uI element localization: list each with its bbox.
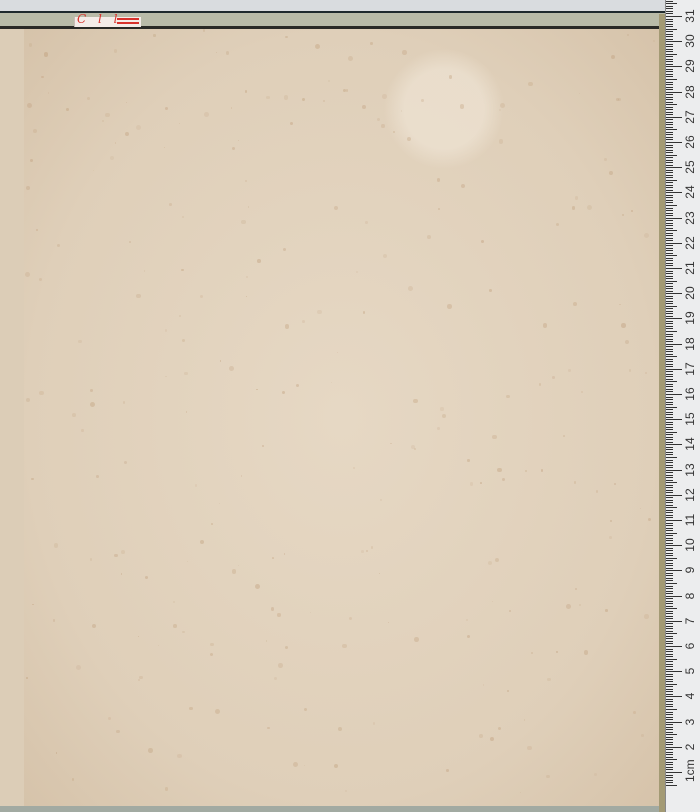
- ruler-tick: [666, 286, 673, 287]
- foxing-spot: [278, 663, 283, 668]
- ruler-tick: [666, 460, 673, 461]
- foxing-spot: [547, 678, 550, 681]
- ruler-tick: [666, 374, 673, 375]
- foxing-spot: [449, 75, 453, 79]
- foxing-spot: [90, 389, 93, 392]
- ruler-tick: [666, 134, 673, 135]
- foxing-spot: [370, 42, 373, 45]
- ruler-tick: [666, 502, 673, 503]
- ruler-tick: [666, 757, 673, 758]
- foxing-spot: [210, 653, 213, 656]
- foxing-spot: [182, 216, 184, 218]
- foxing-spot: [158, 645, 159, 646]
- ruler-tick: [666, 747, 682, 748]
- ruler-tick: [666, 1, 673, 2]
- ruler-tick: [666, 185, 673, 186]
- foxing-spot: [614, 483, 616, 485]
- foxing-spot: [575, 588, 578, 591]
- foxing-spot: [271, 607, 275, 611]
- ruler-tick: [666, 555, 673, 556]
- ruler-tick: [666, 447, 673, 448]
- foxing-spot: [381, 124, 384, 127]
- ruler-tick: [666, 228, 673, 229]
- foxing-spot: [543, 323, 547, 327]
- foxing-spot: [210, 643, 214, 647]
- scan-background-bottom: [0, 806, 660, 812]
- ruler-tick: [666, 523, 673, 524]
- ruler-tick: [666, 308, 673, 309]
- foxing-spot: [437, 427, 440, 430]
- ruler-tick: [666, 283, 673, 284]
- ruler-tick: [666, 649, 673, 650]
- ruler-tick: [666, 59, 673, 60]
- ruler-tick: [666, 578, 673, 579]
- foxing-spot: [334, 764, 338, 768]
- foxing-spot: [317, 310, 322, 315]
- ruler-tick: [666, 412, 673, 413]
- foxing-spot: [148, 748, 153, 753]
- foxing-spot: [26, 186, 30, 190]
- ruler-tick: [666, 19, 673, 20]
- foxing-spot: [200, 295, 203, 298]
- ruler-tick: [666, 66, 682, 67]
- foxing-spot: [121, 573, 122, 574]
- ruler-tick: [666, 376, 673, 377]
- ruler-tick: [666, 528, 673, 529]
- ruler-tick: [666, 369, 682, 370]
- ruler-tick: [666, 706, 673, 707]
- foxing-spot: [220, 360, 221, 361]
- ruler-tick: [666, 180, 677, 181]
- ruler-tick: [666, 41, 682, 42]
- foxing-spot: [129, 241, 131, 243]
- foxing-spot: [546, 775, 550, 779]
- ruler-tick: [666, 722, 682, 723]
- foxing-spot: [216, 52, 218, 54]
- ruler-tick: [666, 205, 677, 206]
- foxing-spot: [53, 619, 55, 621]
- foxing-spot: [338, 727, 342, 731]
- foxing-spot: [272, 557, 274, 559]
- ruler-tick: [666, 245, 673, 246]
- foxing-spot: [29, 43, 33, 47]
- ruler-tick: [666, 190, 673, 191]
- foxing-spot: [56, 752, 58, 754]
- ruler-tick: [666, 26, 673, 27]
- foxing-spot: [467, 459, 469, 461]
- foxing-spot: [413, 399, 418, 404]
- ruler-tick: [666, 616, 673, 617]
- foxing-spot: [304, 765, 305, 766]
- foxing-spot: [610, 520, 612, 522]
- ruler-tick: [666, 752, 673, 753]
- foxing-spot: [627, 34, 629, 36]
- foxing-spot: [629, 369, 631, 371]
- ruler-tick: [666, 137, 673, 138]
- ruler-tick: [666, 346, 673, 347]
- ruler-tick: [666, 104, 677, 105]
- foxing-spot: [587, 205, 592, 210]
- ruler-tick: [666, 147, 673, 148]
- ruler-tick: [666, 323, 673, 324]
- ruler-tick: [666, 215, 673, 216]
- ruler-tick: [666, 177, 673, 178]
- ruler-tick: [666, 417, 673, 418]
- foxing-spot: [310, 612, 311, 613]
- ruler-tick: [666, 780, 673, 781]
- ruler-tick: [666, 749, 673, 750]
- foxing-spot: [361, 550, 364, 553]
- ruler-tick: [666, 394, 682, 395]
- ruler-tick: [666, 316, 673, 317]
- facing-page-edge: [0, 29, 26, 806]
- ruler-tick: [666, 684, 677, 685]
- ruler-tick: [666, 248, 673, 249]
- foxing-spot: [36, 229, 38, 231]
- ruler-tick: [666, 586, 673, 587]
- foxing-spot: [575, 196, 579, 200]
- ruler-label: 9: [683, 560, 697, 580]
- foxing-spot: [266, 640, 268, 642]
- ruler-tick: [666, 117, 682, 118]
- foxing-spot: [481, 240, 484, 243]
- ruler-tick: [666, 167, 682, 168]
- ruler-tick: [666, 260, 673, 261]
- ruler-tick: [666, 422, 673, 423]
- foxing-spot: [123, 401, 126, 404]
- ruler-tick: [666, 87, 673, 88]
- ruler-label: 25: [683, 157, 697, 177]
- foxing-spot: [285, 36, 288, 39]
- ruler-tick: [666, 44, 673, 45]
- ruler-tick: [666, 54, 677, 55]
- foxing-spot: [238, 565, 239, 566]
- foxing-spot: [96, 475, 99, 478]
- foxing-spot: [323, 100, 325, 102]
- ruler-tick: [666, 150, 673, 151]
- foxing-spot: [539, 383, 541, 385]
- ruler-tick: [666, 452, 673, 453]
- foxing-spot: [256, 389, 257, 390]
- foxing-spot: [173, 624, 177, 628]
- ruler-tick: [666, 628, 673, 629]
- ruler-tick: [666, 119, 673, 120]
- ruler-tick: [666, 94, 673, 95]
- ruler-tick: [666, 49, 673, 50]
- ruler-tick: [666, 379, 673, 380]
- ruler-tick: [666, 512, 673, 513]
- ruler-label: 15: [683, 409, 697, 429]
- foxing-spot: [466, 619, 469, 622]
- ruler-tick: [666, 208, 673, 209]
- ruler-tick: [666, 638, 673, 639]
- ruler-tick: [666, 543, 673, 544]
- measuring-ruler: 1cm2345678910111213141516171819202122232…: [665, 0, 700, 812]
- foxing-spot: [165, 329, 168, 332]
- foxing-spot: [427, 235, 431, 239]
- ruler-tick: [666, 767, 673, 768]
- ruler-tick: [666, 64, 673, 65]
- ruler-tick: [666, 331, 677, 332]
- ruler-label: 16: [683, 384, 697, 404]
- ruler-tick: [666, 197, 673, 198]
- foxing-spot: [138, 679, 140, 681]
- ruler-tick: [666, 636, 673, 637]
- foxing-spot: [609, 171, 613, 175]
- ruler-label: 22: [683, 233, 697, 253]
- ruler-tick: [666, 759, 677, 760]
- foxing-spot: [645, 372, 647, 374]
- foxing-spot: [401, 110, 403, 112]
- foxing-spot: [356, 271, 358, 273]
- foxing-spot: [41, 76, 43, 78]
- ruler-tick: [666, 31, 673, 32]
- foxing-spot: [380, 499, 382, 501]
- ruler-tick: [666, 152, 673, 153]
- ruler-tick: [666, 492, 673, 493]
- ruler-label: 8: [683, 586, 697, 606]
- foxing-spot: [414, 448, 416, 450]
- ruler-tick: [666, 606, 673, 607]
- ruler-tick: [666, 598, 673, 599]
- ruler-tick: [666, 517, 673, 518]
- ruler-tick: [666, 273, 673, 274]
- ruler-tick: [666, 535, 673, 536]
- ruler-tick: [666, 754, 673, 755]
- foxing-spot: [177, 754, 181, 758]
- ruler-tick: [666, 686, 673, 687]
- ruler-tick: [666, 729, 673, 730]
- ruler-tick: [666, 195, 673, 196]
- foxing-spot: [373, 722, 376, 725]
- foxing-spot: [408, 286, 413, 291]
- foxing-spot: [78, 340, 81, 343]
- foxing-spot: [315, 44, 320, 49]
- ruler-tick: [666, 671, 682, 672]
- ruler-label: 31: [683, 6, 697, 26]
- ruler-tick: [666, 477, 673, 478]
- ruler-tick: [666, 525, 673, 526]
- foxing-spot: [215, 709, 220, 714]
- foxing-spot: [54, 543, 59, 548]
- ruler-label: 4: [683, 686, 697, 706]
- ruler-tick: [666, 583, 677, 584]
- foxing-spot: [232, 569, 237, 574]
- ruler-tick: [666, 643, 673, 644]
- foxing-spot: [39, 278, 42, 281]
- ruler-tick: [666, 3, 677, 4]
- foxing-spot: [509, 610, 511, 612]
- ruler-tick: [666, 696, 682, 697]
- foxing-spot: [284, 95, 288, 99]
- ruler-tick: [666, 39, 673, 40]
- ruler-tick: [666, 550, 673, 551]
- foxing-spot: [39, 391, 43, 395]
- ruler-tick: [666, 89, 673, 90]
- ruler-tick: [666, 510, 673, 511]
- foxing-spot: [527, 746, 532, 751]
- ruler-tick: [666, 505, 673, 506]
- ruler-tick: [666, 575, 673, 576]
- ruler-tick: [666, 124, 673, 125]
- foxing-spot: [460, 104, 464, 108]
- ruler-tick: [666, 656, 673, 657]
- foxing-spot: [470, 482, 473, 485]
- ruler-tick: [666, 112, 673, 113]
- ruler-tick: [666, 560, 673, 561]
- foxing-spot: [93, 170, 94, 171]
- ruler-tick: [666, 533, 677, 534]
- ruler-tick: [666, 122, 673, 123]
- foxing-spot: [631, 210, 633, 212]
- foxing-spot: [169, 203, 172, 206]
- ruler-tick: [666, 213, 673, 214]
- ruler-label: 30: [683, 31, 697, 51]
- ruler-tick: [666, 691, 673, 692]
- ruler-tick: [666, 432, 677, 433]
- ruler-tick: [666, 114, 673, 115]
- ruler-tick: [666, 520, 682, 521]
- ruler-tick: [666, 563, 673, 564]
- foxing-spot: [619, 304, 621, 306]
- ruler-tick: [666, 74, 673, 75]
- ruler-tick: [666, 472, 673, 473]
- ruler-tick: [666, 714, 673, 715]
- ruler-tick: [666, 29, 677, 30]
- ruler-tick: [666, 659, 677, 660]
- ruler-tick: [666, 457, 677, 458]
- ruler-tick: [666, 664, 673, 665]
- foxing-spot: [27, 103, 32, 108]
- foxing-spot: [502, 478, 505, 481]
- ruler-tick: [666, 381, 677, 382]
- spine-label-text: C l l: [77, 12, 122, 26]
- ruler-tick: [666, 764, 673, 765]
- ruler-tick: [666, 676, 673, 677]
- foxing-spot: [248, 206, 249, 207]
- foxing-spot: [139, 676, 142, 679]
- foxing-spot: [179, 123, 180, 124]
- foxing-spot: [461, 184, 465, 188]
- ruler-tick: [666, 444, 682, 445]
- ruler-tick: [666, 354, 673, 355]
- foxing-spot: [622, 214, 624, 216]
- foxing-spot: [290, 122, 293, 125]
- foxing-spot: [33, 129, 37, 133]
- foxing-spot: [255, 584, 260, 589]
- ruler-tick: [666, 558, 677, 559]
- ruler-tick: [666, 82, 673, 83]
- ruler-label: 7: [683, 611, 697, 631]
- ruler-tick: [666, 344, 682, 345]
- ruler-label: 2: [683, 737, 697, 757]
- foxing-spot: [640, 508, 641, 509]
- ruler-tick: [666, 79, 677, 80]
- foxing-spot: [124, 461, 128, 465]
- foxing-spot: [105, 113, 110, 118]
- ruler-tick: [666, 265, 673, 266]
- ruler-tick: [666, 69, 673, 70]
- ruler-tick: [666, 495, 682, 496]
- ruler-tick: [666, 603, 673, 604]
- foxing-spot: [644, 233, 649, 238]
- ruler-label: 11: [683, 510, 697, 530]
- foxing-spot: [48, 92, 50, 94]
- ruler-tick: [666, 732, 673, 733]
- foxing-spot: [566, 604, 571, 609]
- spine-label: C l l: [74, 17, 141, 27]
- ruler-tick: [666, 404, 673, 405]
- ruler-tick: [666, 255, 677, 256]
- foxing-spot: [165, 787, 169, 791]
- foxing-spot: [165, 376, 167, 378]
- foxing-spot: [346, 89, 348, 91]
- ruler-tick: [666, 230, 677, 231]
- foxing-spot: [182, 339, 185, 342]
- foxing-spot: [246, 296, 247, 297]
- ruler-label: 1cm: [683, 762, 697, 782]
- ruler-tick: [666, 651, 673, 652]
- ruler-tick: [666, 772, 682, 773]
- ruler-label: 10: [683, 535, 697, 555]
- foxing-spot: [556, 651, 557, 652]
- ruler-tick: [666, 467, 673, 468]
- ruler-tick: [666, 437, 673, 438]
- ruler-tick: [666, 699, 673, 700]
- foxing-spot: [353, 467, 355, 469]
- ruler-tick: [666, 666, 673, 667]
- foxing-spot: [625, 340, 629, 344]
- foxing-spot: [26, 398, 30, 402]
- ruler-tick: [666, 588, 673, 589]
- ruler-tick: [666, 250, 673, 251]
- ruler-tick: [666, 102, 673, 103]
- ruler-tick: [666, 313, 673, 314]
- ruler-tick: [666, 462, 673, 463]
- ruler-tick: [666, 258, 673, 259]
- foxing-spot: [92, 624, 96, 628]
- ruler-tick: [666, 220, 673, 221]
- foxing-spot: [164, 147, 165, 148]
- ruler-label: 21: [683, 258, 697, 278]
- foxing-spot: [531, 652, 533, 654]
- ruler-tick: [666, 336, 673, 337]
- ruler-tick: [666, 268, 682, 269]
- ruler-tick: [666, 727, 673, 728]
- foxing-spot: [573, 302, 577, 306]
- ruler-tick: [666, 160, 673, 161]
- ruler-tick: [666, 240, 673, 241]
- ruler-label: 28: [683, 82, 697, 102]
- ruler-tick: [666, 351, 673, 352]
- ruler-tick: [666, 608, 677, 609]
- ruler-tick: [666, 712, 673, 713]
- ruler-tick: [666, 56, 673, 57]
- ruler-tick: [666, 51, 673, 52]
- ruler-tick: [666, 601, 673, 602]
- foxing-spot: [219, 503, 220, 504]
- foxing-spot: [246, 276, 248, 278]
- ruler-label: 26: [683, 132, 697, 152]
- ruler-tick: [666, 278, 673, 279]
- ruler-tick: [666, 165, 673, 166]
- foxing-spot: [488, 561, 492, 565]
- foxing-spot: [187, 561, 189, 563]
- ruler-tick: [666, 238, 673, 239]
- foxing-spot: [605, 609, 608, 612]
- foxing-spot: [348, 56, 353, 61]
- ruler-tick: [666, 233, 673, 234]
